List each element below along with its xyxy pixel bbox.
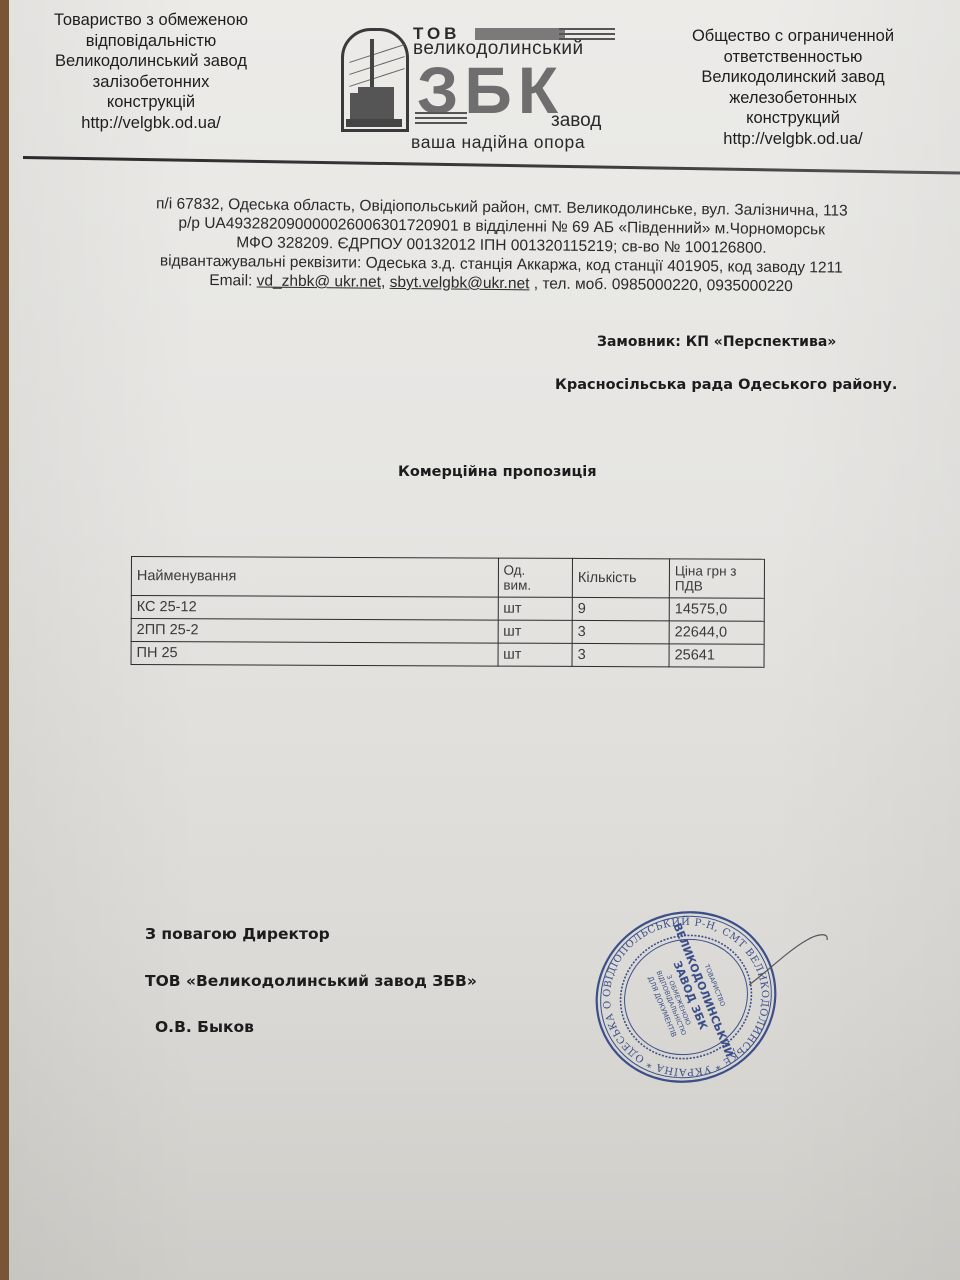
- document-page: Товариство з обмеженою відповідальністю …: [9, 0, 960, 1280]
- cell-name: ПН 25: [131, 642, 498, 667]
- cell-price: 22644,0: [669, 621, 764, 644]
- cell-quantity: 3: [572, 620, 669, 643]
- header-divider: [23, 156, 960, 175]
- email-label: Email:: [209, 272, 257, 289]
- factory-emblem-icon: [341, 28, 409, 132]
- header-price-line2: ПДВ: [675, 578, 759, 593]
- letterhead-right-line: ответственностью: [677, 47, 909, 68]
- header-quantity: Кількість: [572, 558, 669, 597]
- company-logo: ТОВ великодолинський ЗБК завод ваша наді…: [337, 24, 617, 156]
- email-separator: ,: [381, 274, 390, 291]
- letterhead-left-line: Великодолинський завод: [31, 51, 271, 72]
- offer-table: Найменування Од. вим. Кількість Ціна грн…: [131, 556, 765, 668]
- signature-company: ТОВ «Великодолинський завод ЗБВ»: [145, 972, 477, 990]
- header-unit-line2: вим.: [503, 578, 567, 593]
- header-unit-line1: Од.: [503, 563, 567, 578]
- document-title: Комерційна пропозиція: [398, 464, 597, 480]
- letterhead-right-line: Общество с ограниченной: [677, 26, 909, 47]
- signature-closing: З повагою Директор: [145, 925, 330, 943]
- letterhead-right-line: Великодолинский завод: [677, 67, 909, 88]
- letterhead-right-line: железобетонных: [677, 88, 909, 109]
- phone-numbers: , тел. моб. 0985000220, 0935000220: [529, 275, 793, 295]
- logo-zavod: завод: [551, 110, 601, 132]
- svg-text:ВЕЛИКОДОЛИНСЬКИЙ: ВЕЛИКОДОЛИНСЬКИЙ: [670, 921, 736, 1059]
- letterhead-left-line: Товариство з обмеженою: [31, 10, 271, 31]
- customer-name: Замовник: КП «Перспектива»: [597, 334, 836, 350]
- signature-director-name: О.В. Быков: [155, 1018, 254, 1036]
- logo-lines: [415, 112, 467, 126]
- table-row: КС 25-12 шт 9 14575,0: [131, 596, 764, 622]
- letterhead-left-url: http://velgbk.od.ua/: [31, 113, 271, 134]
- logo-slogan: ваша надійна опора: [411, 132, 585, 153]
- letterhead-left-line: залізобетонних: [31, 72, 271, 93]
- header-name: Найменування: [131, 557, 498, 598]
- cell-price: 14575,0: [669, 598, 764, 621]
- letterhead-left-line: конструкцій: [31, 92, 271, 113]
- header-price-line1: Ціна грн з: [675, 563, 759, 578]
- cell-name: КС 25-12: [131, 596, 498, 621]
- cell-unit: шт: [498, 643, 573, 666]
- company-requisites: п/і 67832, Одеська область, Овідіопольсь…: [116, 194, 887, 297]
- cell-quantity: 3: [572, 643, 669, 666]
- letterhead-left-line: відповідальністю: [31, 31, 271, 52]
- cell-unit: шт: [498, 620, 573, 643]
- letterhead-right-url: http://velgbk.od.ua/: [677, 129, 909, 150]
- letterhead-right-russian: Общество с ограниченной ответственностью…: [677, 26, 909, 149]
- email-link-1[interactable]: vd_zhbk@ ukr.net: [257, 272, 381, 290]
- header-unit: Од. вим.: [498, 558, 573, 597]
- table-header-row: Найменування Од. вим. Кількість Ціна грн…: [131, 557, 764, 599]
- cell-quantity: 9: [572, 597, 669, 620]
- letterhead-left-ukrainian: Товариство з обмеженою відповідальністю …: [31, 10, 271, 133]
- email-link-2[interactable]: sbyt.velgbk@ukr.net: [390, 274, 530, 292]
- cell-price: 25641: [669, 644, 764, 667]
- table-row: ПН 25 шт 3 25641: [131, 642, 764, 668]
- cell-name: 2ПП 25-2: [131, 619, 498, 644]
- cell-unit: шт: [498, 597, 573, 620]
- header-price: Ціна грн з ПДВ: [669, 559, 764, 598]
- signature-scribble-icon: [749, 930, 839, 990]
- table-row: 2ПП 25-2 шт 3 22644,0: [131, 619, 764, 645]
- customer-council: Красносільська рада Одеського району.: [555, 377, 897, 393]
- letterhead-right-line: конструкций: [677, 108, 909, 129]
